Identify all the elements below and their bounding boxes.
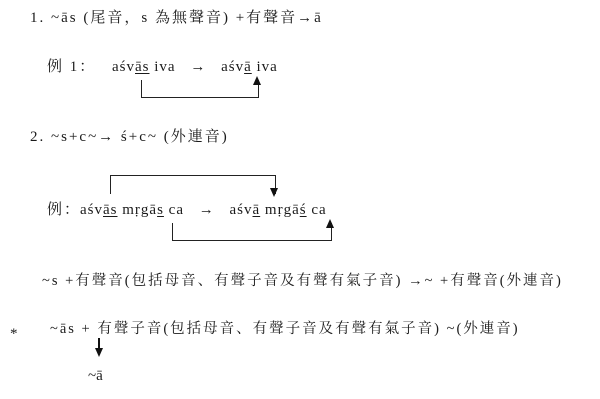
word-1-prefix: aśv — [80, 202, 103, 218]
example-2-top-connector — [110, 175, 276, 194]
example-2-label: 例： — [47, 201, 81, 219]
target-2-prefix: mṛgā — [260, 202, 300, 218]
word-2-underlined: s — [157, 202, 164, 218]
rule-1-heading: 1. ~ās (尾音，s 為無聲音) +有聲音→ā — [30, 9, 323, 27]
arrow-up-icon — [326, 219, 334, 228]
note-marker: * — [10, 325, 18, 343]
arrow-down-icon — [270, 188, 278, 197]
example-1-equation: aśvās iva → aśvā iva — [112, 58, 278, 76]
note-result: ~ā — [88, 367, 103, 385]
target-underlined: ā — [244, 59, 252, 75]
target-prefix: aśv — [221, 59, 244, 75]
target-suffix: iva — [252, 59, 278, 75]
word-3: ca — [164, 202, 184, 218]
example-1-connector — [141, 80, 259, 98]
target-3: ca — [307, 202, 327, 218]
target-2-underlined: ś — [300, 202, 307, 218]
source-prefix: aśv — [112, 59, 135, 75]
rule-3-text: ~s +有聲音(包括母音、有聲子音及有聲有氣子音) →~ +有聲音(外連音) — [42, 272, 563, 290]
source-suffix: iva — [150, 59, 176, 75]
rule-2-heading: 2. ~s+c~→ ś+c~ (外連音) — [30, 128, 229, 146]
transform-arrow: → — [190, 59, 206, 75]
arrow-down-icon — [95, 348, 103, 357]
example-2-equation: aśvās mṛgās ca → aśvā mṛgāś ca — [80, 201, 327, 219]
target-1-prefix: aśv — [230, 202, 253, 218]
transform-arrow: → — [199, 202, 215, 218]
note-text: ~ās + 有聲子音(包括母音、有聲子音及有聲有氣子音) ~(外連音) — [50, 320, 520, 338]
source-underlined: ās — [135, 59, 150, 75]
word-2-prefix: mṛgā — [118, 202, 158, 218]
word-1-underlined: ās — [103, 202, 118, 218]
arrow-up-icon — [253, 76, 261, 85]
example-2-bottom-connector — [172, 223, 332, 241]
example-1-label: 例 1： — [47, 58, 96, 76]
